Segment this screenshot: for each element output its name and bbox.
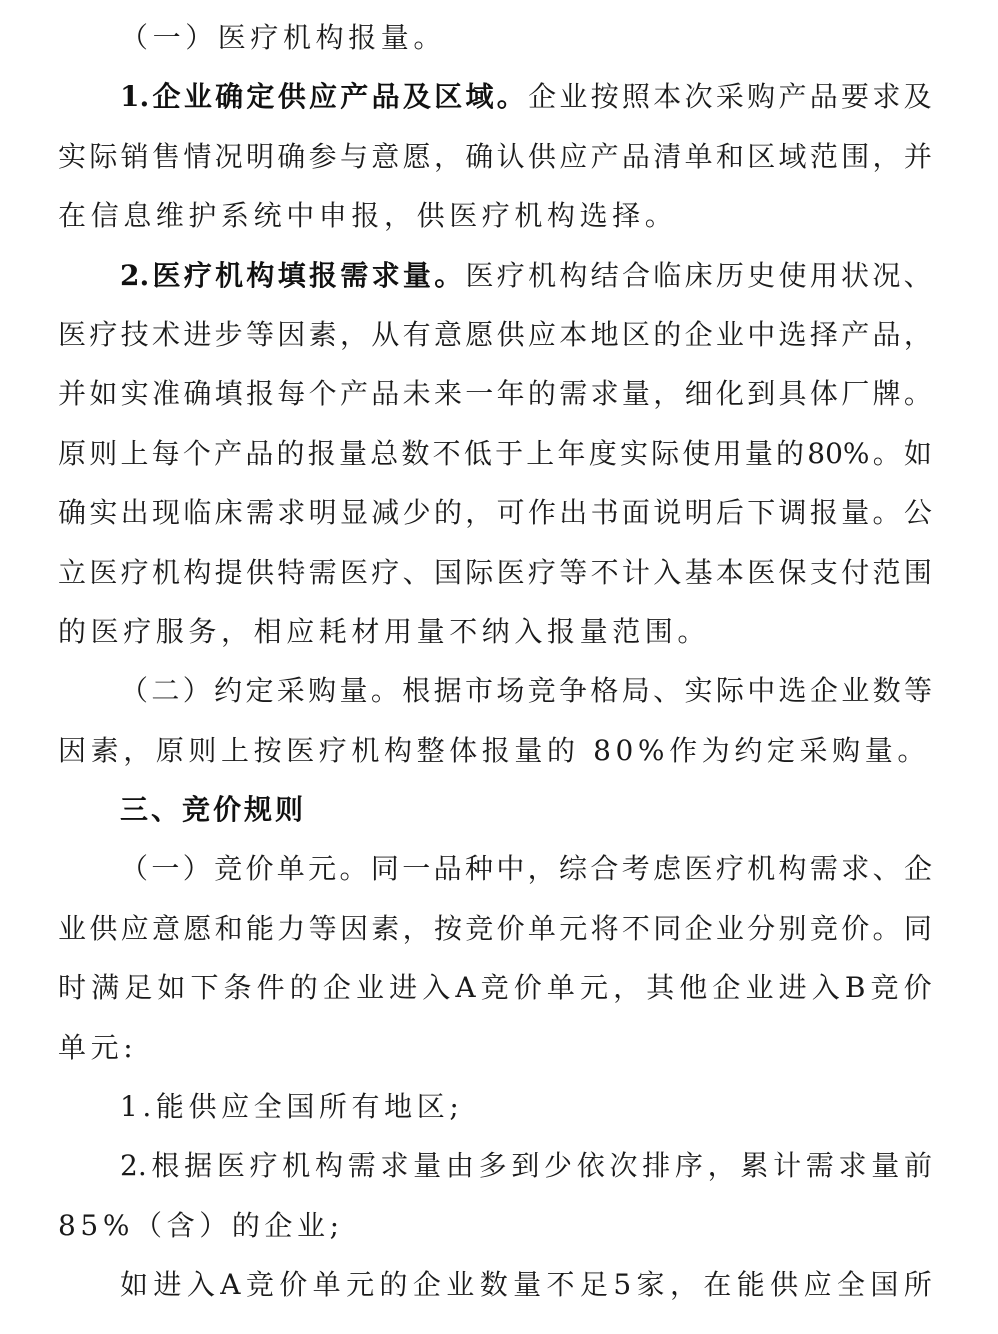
body-text: 1.能供应全国所有地区; — [120, 1090, 463, 1123]
text-line: （二）约定采购量。根据市场竞争格局、实际中选企业数等 — [58, 661, 932, 720]
body-text: 因素，原则上按医疗机构整体报量的 80%作为约定采购量。 — [58, 734, 930, 767]
text-line: 时满足如下条件的企业进入A竞价单元，其他企业进入B竞价 — [58, 958, 932, 1017]
body-text: 单元: — [58, 1031, 137, 1064]
text-line: 85%（含）的企业; — [58, 1196, 932, 1255]
bold-lead-text: 三、竞价规则 — [120, 793, 306, 826]
text-line: （一）医疗机构报量。 — [58, 8, 932, 67]
text-line: 2.根据医疗机构需求量由多到少依次排序，累计需求量前 — [58, 1136, 932, 1195]
document-page: （一）医疗机构报量。1.企业确定供应产品及区域。企业按照本次采购产品要求及实际销… — [58, 8, 932, 1315]
body-text: （一）医疗机构报量。 — [120, 21, 446, 54]
text-line: 1.企业确定供应产品及区域。企业按照本次采购产品要求及 — [58, 67, 932, 126]
text-line: 业供应意愿和能力等因素，按竞价单元将不同企业分别竞价。同 — [58, 899, 932, 958]
text-line: （一）竞价单元。同一品种中，综合考虑医疗机构需求、企 — [58, 839, 932, 898]
body-text: 在信息维护系统中申报，供医疗机构选择。 — [58, 199, 677, 232]
text-line: 因素，原则上按医疗机构整体报量的 80%作为约定采购量。 — [58, 721, 932, 780]
text-line: 如进入A竞价单元的企业数量不足5家，在能供应全国所 — [58, 1255, 932, 1314]
text-line: 原则上每个产品的报量总数不低于上年度实际使用量的80%。如 — [58, 424, 932, 483]
section-heading: 三、竞价规则 — [58, 780, 932, 839]
text-line: 在信息维护系统中申报，供医疗机构选择。 — [58, 186, 932, 245]
text-line: 的医疗服务，相应耗材用量不纳入报量范围。 — [58, 602, 932, 661]
body-text: 的医疗服务，相应耗材用量不纳入报量范围。 — [58, 615, 710, 648]
text-line: 单元: — [58, 1018, 932, 1077]
text-line: 1.能供应全国所有地区; — [58, 1077, 932, 1136]
text-line: 医疗技术进步等因素，从有意愿供应本地区的企业中选择产品， — [58, 305, 932, 364]
text-line: 立医疗机构提供特需医疗、国际医疗等不计入基本医保支付范围 — [58, 543, 932, 602]
text-line: 2.医疗机构填报需求量。医疗机构结合临床历史使用状况、 — [58, 246, 932, 305]
text-line: 实际销售情况明确参与意愿，确认供应产品清单和区域范围，并 — [58, 127, 932, 186]
body-text: 85%（含）的企业; — [58, 1209, 344, 1242]
text-line: 确实出现临床需求明显减少的，可作出书面说明后下调报量。公 — [58, 483, 932, 542]
text-line: 并如实准确填报每个产品未来一年的需求量，细化到具体厂牌。 — [58, 364, 932, 423]
